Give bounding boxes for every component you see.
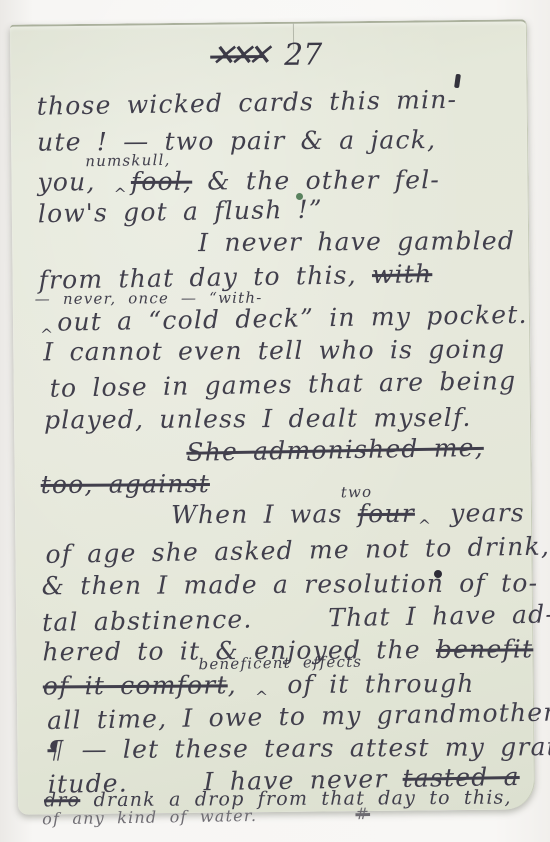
manuscript-line: She admonished me, <box>186 433 484 467</box>
handwritten-text: of any kind of water. <box>42 804 356 828</box>
page-number-value: 27 <box>284 37 323 72</box>
manuscript-line: tal abstinence. That I have ad- <box>42 599 550 636</box>
handwritten-text: of it through <box>272 669 475 699</box>
handwritten-text: played, unless I dealt myself. <box>44 403 472 435</box>
handwritten-text: years <box>435 498 525 528</box>
handwritten-text: I never have gambled <box>198 226 515 257</box>
struck-text: with <box>372 259 433 289</box>
manuscript-lines: those wicked cards this min-ute ! — two … <box>10 21 526 26</box>
cancelled-number-scribble: ✕✕✕ <box>210 38 275 74</box>
ink-blot <box>434 570 442 578</box>
manuscript-line: you, ^fool, & the other fel- <box>37 165 440 196</box>
manuscript-line: I never have gambled <box>198 226 515 257</box>
handwritten-text: all time, I owe to my grandmother. <box>47 697 550 735</box>
handwritten-text: of age she asked me not to drink, <box>45 532 550 569</box>
manuscript-line: those wicked cards this min- <box>36 85 457 121</box>
struck-text: too, against <box>41 469 210 499</box>
handwritten-text: tal abstinence. That I have ad- <box>42 599 550 636</box>
struck-text: of it comfort <box>43 670 228 700</box>
handwritten-text: , <box>228 670 252 699</box>
page-number: ✕✕✕ 27 <box>210 37 323 73</box>
manuscript-line: to lose in games that are being <box>49 366 516 403</box>
caret-mark: ^ <box>418 517 432 535</box>
manuscript-line: low's got a flush !” <box>38 195 324 229</box>
handwritten-text: you, <box>37 167 110 196</box>
manuscript-paper: ✕✕✕ 27 those wicked cards this min-ute !… <box>10 19 535 814</box>
struck-text: fool, <box>131 167 192 196</box>
struck-text: four <box>358 499 415 528</box>
manuscript-line: of any kind of water. # <box>42 804 370 828</box>
manuscript-line: all time, I owe to my grandmother. <box>47 697 550 735</box>
manuscript-line: & then I made a resolution of to- <box>42 568 539 600</box>
handwritten-text: those wicked cards this min- <box>36 85 457 121</box>
photo-backdrop: ✕✕✕ 27 those wicked cards this min-ute !… <box>0 0 550 842</box>
manuscript-line: played, unless I dealt myself. <box>44 403 472 435</box>
handwritten-text: & then I made a resolution of to- <box>42 568 539 600</box>
struck-text: benefit <box>436 634 534 664</box>
handwritten-text: & the other fel- <box>192 165 440 196</box>
manuscript-line: of it comfort, ^ of it through <box>43 669 475 701</box>
green-speck <box>296 193 303 200</box>
handwritten-text: — let these tears attest my grat- <box>66 732 550 764</box>
handwritten-text: low's got a flush !” <box>38 195 324 229</box>
manuscript-line: of age she asked me not to drink, <box>45 532 550 569</box>
manuscript-line: I cannot even tell who is going <box>43 335 505 367</box>
manuscript-line: too, against <box>41 469 210 499</box>
struck-text: # <box>355 804 370 823</box>
struck-text: She admonished me, <box>186 433 484 467</box>
manuscript-line: When I was four^ years <box>171 498 525 529</box>
handwritten-text: When I was <box>171 499 358 529</box>
handwritten-text: I cannot even tell who is going <box>43 335 505 367</box>
scribble-mark: ¶ <box>47 735 66 764</box>
manuscript-line: ¶ — let these tears attest my grat- <box>47 732 550 764</box>
handwritten-text: to lose in games that are being <box>49 366 516 403</box>
